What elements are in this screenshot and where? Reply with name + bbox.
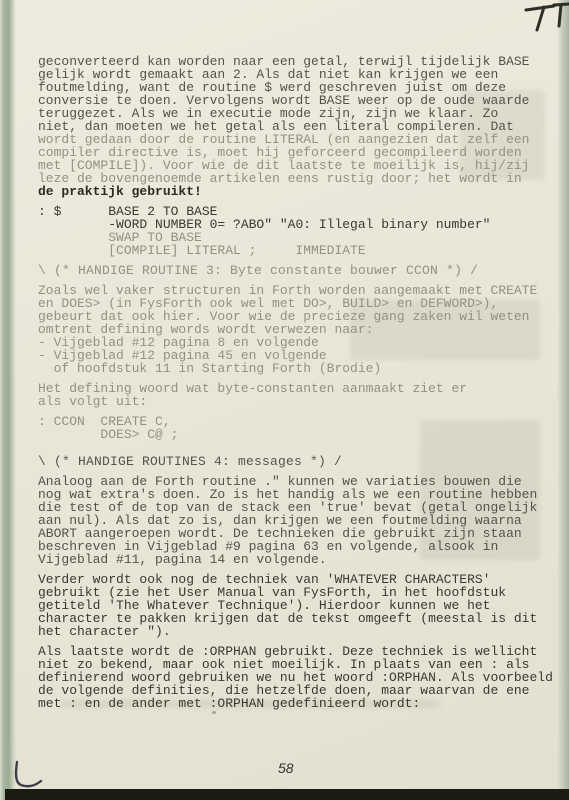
page-number: 58 — [278, 760, 294, 776]
section-heading: \ (* HANDIGE ROUTINES 4: messages *) / — [38, 455, 553, 468]
section-heading: \ (* HANDIGE ROUTINE 3: Byte constante b… — [38, 264, 553, 277]
paragraph: Als laatste wordt de :ORPHAN gebruikt. D… — [38, 645, 553, 710]
scan-border-bottom — [5, 789, 569, 800]
text-line: de praktijk gebruikt! — [38, 185, 553, 198]
text-line: met : en de ander met :ORPHAN gedefiniee… — [38, 697, 553, 710]
code-line: [COMPILE] LITERAL ; IMMEDIATE — [38, 244, 553, 257]
text-line: Vijgeblad #11, pagina 14 en volgende. — [38, 553, 553, 566]
scanned-page: geconverteerd kan worden naar een getal,… — [0, 0, 569, 800]
paragraph: geconverteerd kan worden naar een getal,… — [38, 55, 553, 133]
text-line: \ (* HANDIGE ROUTINES 4: messages *) / — [38, 455, 553, 468]
text-line: het character "). — [38, 625, 553, 638]
paragraph: Analoog aan de Forth routine ." kunnen w… — [38, 475, 553, 566]
pen-mark-icon — [523, 0, 569, 36]
code-line: DOES> C@ ; — [38, 428, 553, 441]
corner-mark-icon — [8, 758, 50, 792]
text-line: \ (* HANDIGE ROUTINE 3: Byte constante b… — [38, 264, 553, 277]
paragraph: de praktijk gebruikt! — [38, 185, 553, 198]
text-line: als volgt uit: — [38, 395, 553, 408]
document-text: geconverteerd kan worden naar een getal,… — [38, 55, 553, 710]
paragraph: wordt gedaan door de routine LITERAL (en… — [38, 133, 553, 185]
code-block: SWAP TO BASE [COMPILE] LITERAL ; IMMEDIA… — [38, 231, 553, 257]
text-line: of hoofdstuk 11 in Starting Forth (Brodi… — [38, 362, 553, 375]
page-edge-right — [557, 0, 569, 800]
code-block: : $ BASE 2 TO BASE -WORD NUMBER 0= ?ABO"… — [38, 205, 553, 231]
paragraph: Zoals wel vaker structuren in Forth word… — [38, 284, 553, 375]
code-block: : CCON CREATE C, DOES> C@ ; — [38, 415, 553, 441]
blank-line — [38, 441, 553, 448]
paragraph: Verder wordt ook nog de techniek van 'WH… — [38, 573, 553, 638]
page-edge-left — [0, 0, 16, 800]
paragraph: Het defining woord wat byte-constanten a… — [38, 382, 553, 408]
ink-speck — [212, 711, 216, 714]
